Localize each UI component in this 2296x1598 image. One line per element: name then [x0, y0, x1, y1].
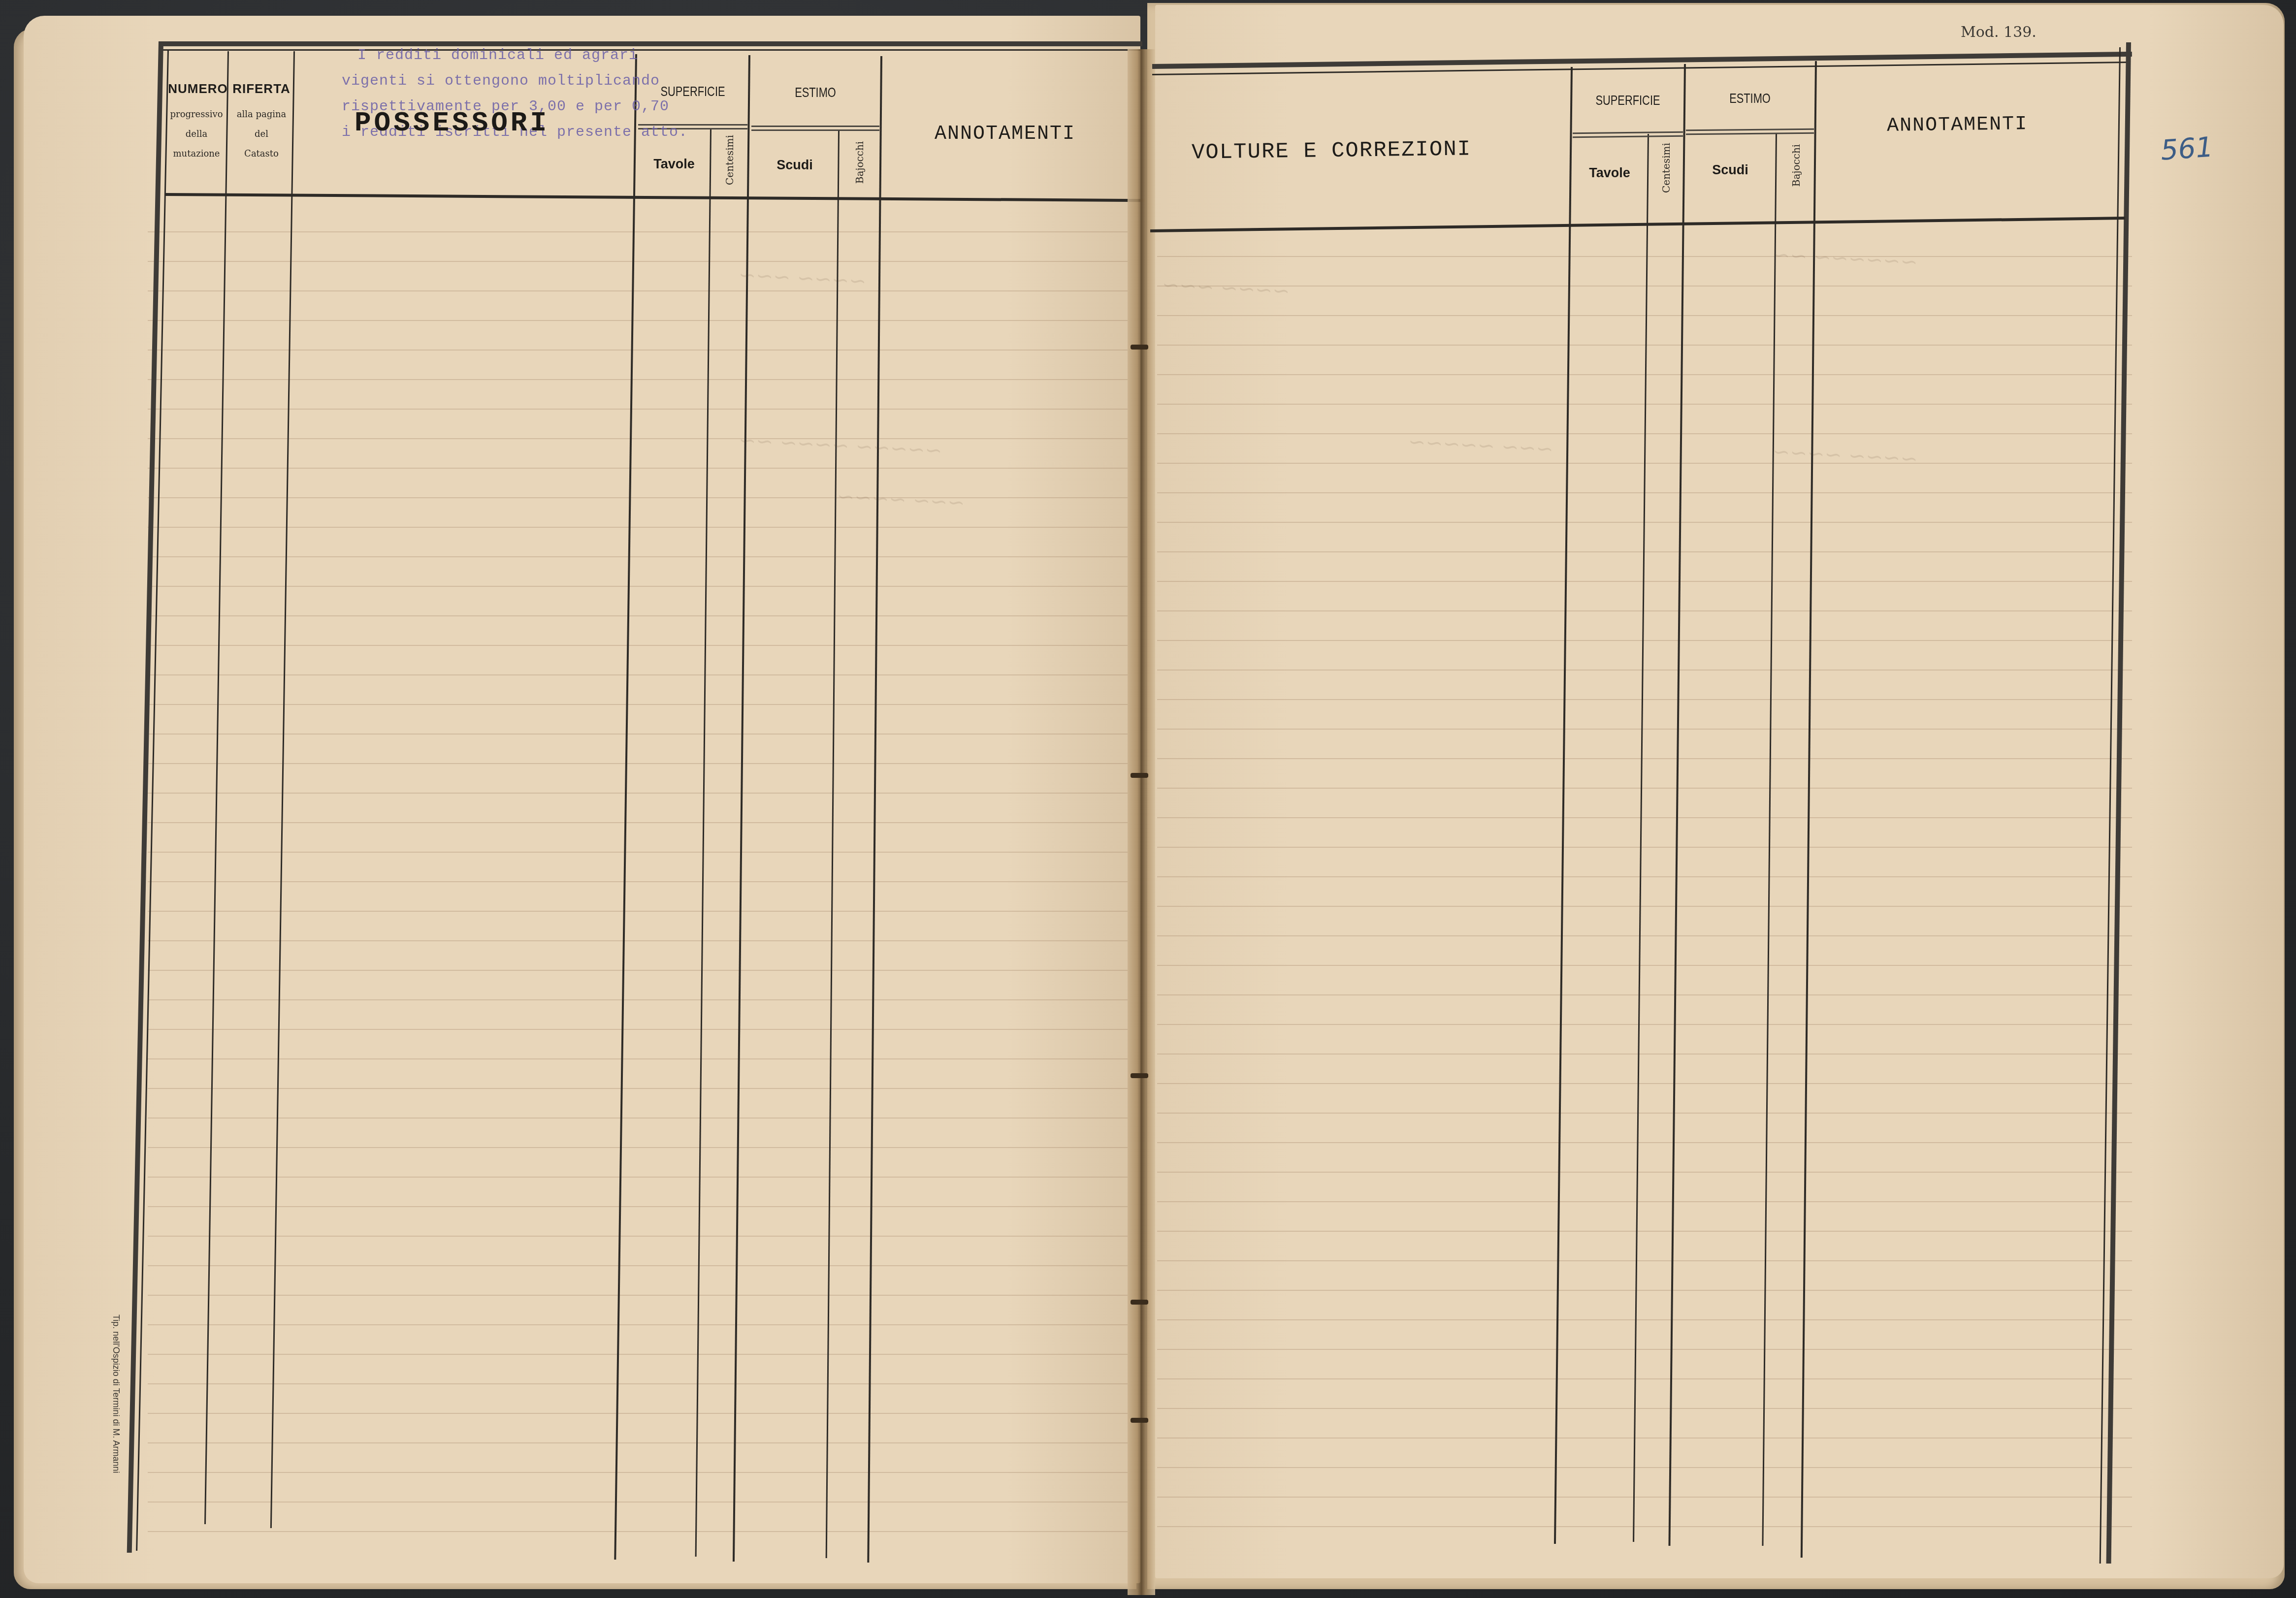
binding-stitch — [1131, 345, 1148, 350]
riferta-line-2: del — [229, 124, 293, 145]
right-tavole-label: Tavole — [1573, 165, 1647, 181]
binding-stitch — [1131, 1300, 1148, 1305]
volture-e-correzioni-title: VOLTURE E CORREZIONI — [1192, 137, 1472, 165]
left-annotamenti-title: ANNOTAMENTI — [935, 123, 1075, 145]
left-superficie-title: SUPERFICIE — [650, 84, 735, 99]
stamp-line-1: I redditi dominicali ed agrari — [357, 47, 638, 64]
right-superficie-title: SUPERFICIE — [1585, 93, 1671, 108]
right-annotamenti-title: ANNOTAMENTI — [1887, 113, 2028, 137]
handwritten-page-number: 561 — [2160, 131, 2214, 166]
numero-column-title: NUMERO — [167, 81, 228, 96]
left-centesimi-label: Centesimi — [724, 136, 736, 185]
numero-line-1: progressivo — [164, 104, 228, 125]
left-bajocchi-label: Bajocchi — [854, 138, 866, 187]
left-estimo-title: ESTIMO — [766, 85, 866, 100]
numero-line-3: mutazione — [164, 144, 228, 164]
book-gutter — [1128, 49, 1155, 1595]
right-bajocchi-label: Bajocchi — [1790, 141, 1802, 190]
form-model-number: Mod. 139. — [1961, 24, 2037, 41]
binding-stitch — [1131, 773, 1148, 778]
riferta-line-3: Catasto — [229, 144, 293, 164]
right-scudi-label: Scudi — [1686, 162, 1775, 178]
binding-stitch — [1131, 1073, 1148, 1078]
left-scudi-label: Scudi — [751, 158, 838, 173]
right-page — [1155, 5, 2284, 1578]
right-centesimi-label: Centesimi — [1660, 144, 1672, 193]
riferta-line-1: alla pagina — [229, 104, 293, 125]
possessori-title: POSSESSORI — [355, 107, 550, 139]
binding-stitch — [1131, 1418, 1148, 1423]
left-page — [24, 16, 1140, 1583]
left-tavole-label: Tavole — [638, 157, 710, 172]
printer-imprint: Tip. nell'Ospizio di Termini di M. Arman… — [111, 1314, 121, 1473]
stamp-line-2: vigenti si ottengono moltiplicando — [342, 73, 660, 90]
riferta-column-title: RIFERTA — [229, 81, 293, 96]
numero-line-2: della — [164, 124, 228, 145]
right-estimo-title: ESTIMO — [1700, 91, 1800, 106]
